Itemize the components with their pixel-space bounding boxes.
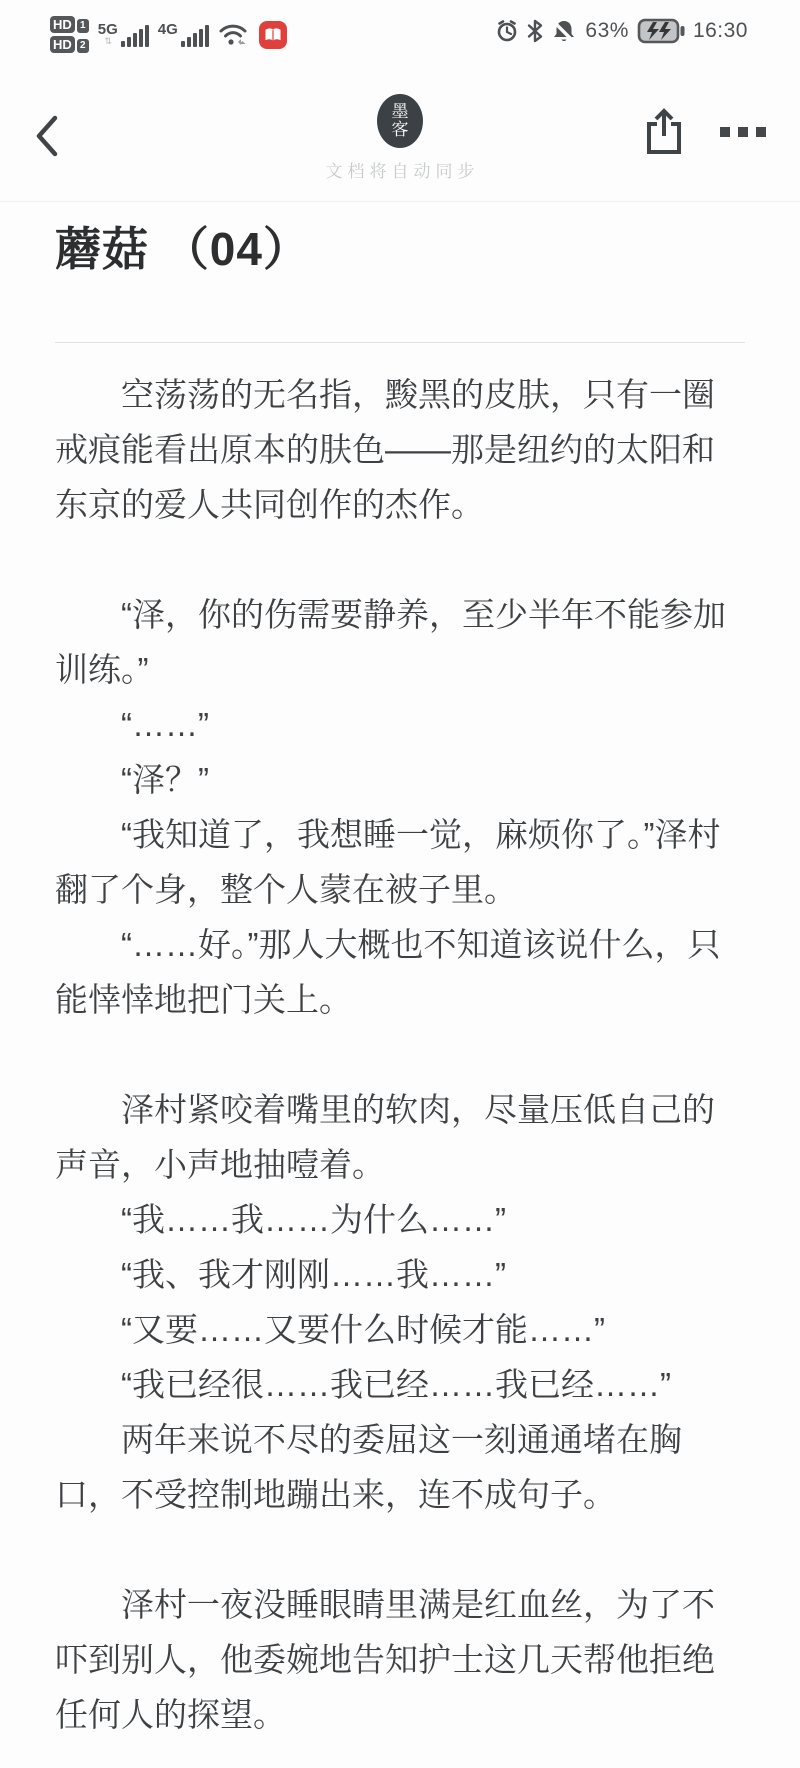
red-book-app-icon <box>259 21 287 49</box>
more-button[interactable] <box>716 109 770 155</box>
bell-muted-icon <box>551 19 577 43</box>
hd-icon: HD <box>50 16 75 33</box>
header-actions <box>642 106 770 158</box>
paragraph[interactable]: 泽村一夜没睡眼睛里满是红血丝，为了不吓到别人，他委婉地告知护士这几天帮他拒绝任何… <box>55 1577 745 1742</box>
logo-char-bottom: 客 <box>392 121 409 139</box>
paragraph[interactable]: 泽村紧咬着嘴里的软肉，尽量压低自己的声音，小声地抽噎着。 <box>55 1082 745 1192</box>
paragraph[interactable]: “泽，你的伤需要静养，至少半年不能参加训练。” <box>55 587 745 697</box>
data-activity-arrows-icon: ⇅ <box>105 37 112 47</box>
signal-bars-icon <box>121 25 149 47</box>
screen: HD 1 HD 2 5G ⇅ 4G <box>0 0 800 1768</box>
share-button[interactable] <box>642 106 686 158</box>
paragraph[interactable]: 空荡荡的无名指，黢黑的皮肤，只有一圈戒痕能看出原本的肤色——那是纽约的太阳和东京… <box>55 367 745 532</box>
more-dots-icon <box>738 127 748 137</box>
paragraph[interactable]: “我……我……为什么……” <box>55 1192 745 1247</box>
bluetooth-icon <box>527 19 543 43</box>
paragraph[interactable]: “……” <box>55 697 745 752</box>
status-bar-right: 63% 16:30 <box>495 14 748 44</box>
sim1-number: 1 <box>77 19 89 33</box>
alarm-clock-icon <box>495 19 519 43</box>
more-dots-icon <box>756 127 766 137</box>
battery-charging-icon <box>637 18 685 44</box>
signal-bars-icon <box>181 25 209 47</box>
clock-time: 16:30 <box>693 19 748 43</box>
paragraph[interactable]: “我、我才刚刚……我……” <box>55 1247 745 1302</box>
hd-sim2-badge: HD 2 <box>50 36 89 53</box>
document-title[interactable]: 蘑菇 （04） <box>55 218 745 280</box>
header: 墨 客 文档将自动同步 <box>0 76 800 202</box>
signal-5g: 5G ⇅ <box>98 22 149 47</box>
title-divider <box>55 342 745 343</box>
hd-sim1-badge: HD 1 <box>50 16 89 33</box>
paragraph[interactable]: “……好。”那人大概也不知道该说什么，只能悻悻地把门关上。 <box>55 917 745 1027</box>
paragraph[interactable]: “我知道了，我想睡一觉，麻烦你了。”泽村翻了个身，整个人蒙在被子里。 <box>55 807 745 917</box>
network-4g-label: 4G <box>158 22 178 37</box>
volte-hd-badges: HD 1 HD 2 <box>50 16 89 53</box>
paragraph[interactable]: “我已经很……我已经……我已经……” <box>55 1357 745 1412</box>
sim2-number: 2 <box>77 39 89 53</box>
document-editor[interactable]: 蘑菇 （04） 空荡荡的无名指，黢黑的皮肤，只有一圈戒痕能看出原本的肤色——那是… <box>0 218 800 1742</box>
sync-status-text: 文档将自动同步 <box>321 157 480 182</box>
share-icon <box>645 108 683 156</box>
battery-percent: 63% <box>585 19 629 43</box>
more-dots-icon <box>720 127 730 137</box>
signal-4g: 4G <box>158 22 209 47</box>
status-bar-left: HD 1 HD 2 5G ⇅ 4G <box>50 14 287 53</box>
moke-app-logo: 墨 客 <box>377 94 423 148</box>
hd-icon: HD <box>50 36 75 53</box>
wifi-icon <box>218 22 248 48</box>
paragraph[interactable]: “又要……又要什么时候才能……” <box>55 1302 745 1357</box>
network-5g-label: 5G <box>98 22 118 37</box>
paragraph[interactable]: 两年来说不尽的委屈这一刻通通堵在胸口，不受控制地蹦出来，连不成句子。 <box>55 1412 745 1522</box>
signal-4g-label-group: 4G <box>158 22 178 47</box>
status-bar: HD 1 HD 2 5G ⇅ 4G <box>0 0 800 76</box>
paragraph[interactable]: “泽？” <box>55 752 745 807</box>
paragraph-list: 空荡荡的无名指，黢黑的皮肤，只有一圈戒痕能看出原本的肤色——那是纽约的太阳和东京… <box>55 367 745 1742</box>
signal-5g-label-group: 5G ⇅ <box>98 22 118 47</box>
logo-char-top: 墨 <box>392 103 409 121</box>
